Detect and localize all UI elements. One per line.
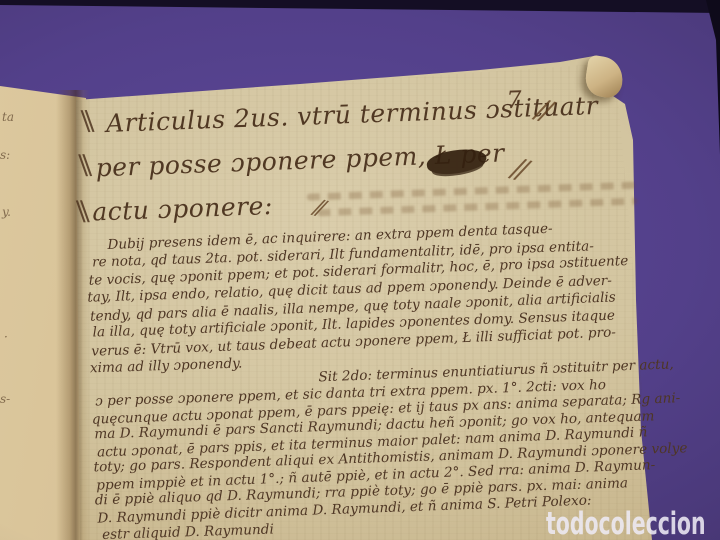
left-page-ink-fragment: y. xyxy=(2,205,11,219)
auction-photo: ta s: y. · s- \\ \\ \\ Articulus 2us. vt… xyxy=(0,0,720,540)
show-through-line xyxy=(317,198,637,217)
left-page-ink-fragment: ta xyxy=(2,110,14,124)
margin-ink-stroke: \\ xyxy=(78,150,87,181)
page-number: 7 xyxy=(506,86,522,115)
photo-top-dark-edge xyxy=(0,0,720,14)
article-title-line-1: Articulus 2us. vtrū terminus ɔstituatr xyxy=(105,91,598,138)
left-page-ink-fragment: s: xyxy=(0,148,10,162)
left-page-ink-fragment: · xyxy=(4,330,8,344)
ink-slash-mark: ∕∕ xyxy=(509,151,528,186)
margin-ink-stroke: \\ xyxy=(80,106,89,137)
show-through-line xyxy=(307,182,637,201)
manuscript-text-block: \\ \\ \\ Articulus 2us. vtrū terminus ɔs… xyxy=(78,75,674,540)
margin-ink-stroke: \\ xyxy=(76,196,85,227)
left-page-ink-fragment: s- xyxy=(0,392,10,406)
photo-right-dark-edge xyxy=(698,0,720,155)
article-title-line-3: actu ɔponere: xyxy=(92,191,274,227)
todocoleccion-watermark: todocoleccion xyxy=(546,506,706,540)
